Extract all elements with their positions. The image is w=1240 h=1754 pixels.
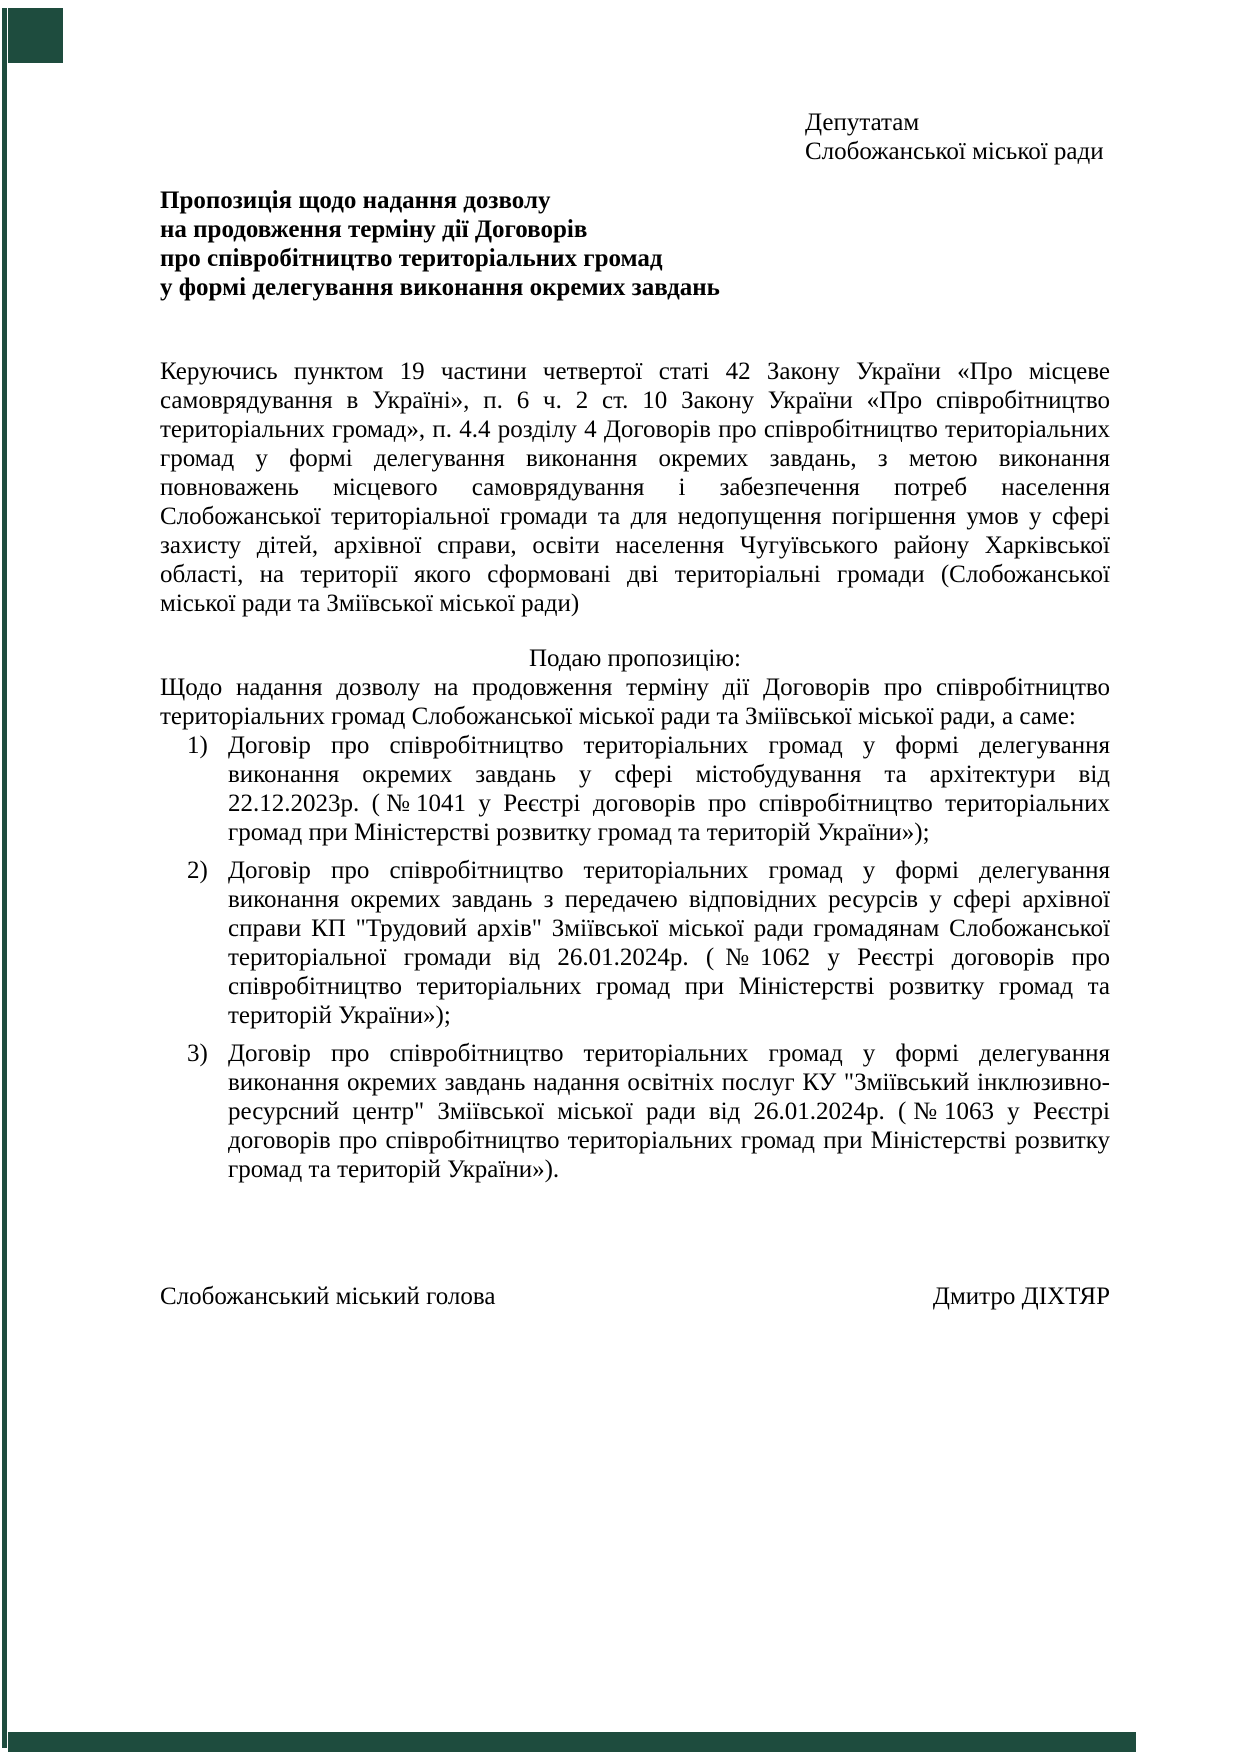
list-item: 3) Договір про співробітництво територіа… (160, 1039, 1110, 1184)
document-page: Депутатам Слобожанської міської ради Про… (0, 0, 1240, 1754)
scan-artifact-top-left (8, 8, 63, 63)
scan-artifact-left-edge (2, 8, 7, 1748)
list-item: 2) Договір про співробітництво територіа… (160, 856, 1110, 1030)
list-item-number: 2) (187, 856, 208, 885)
title-line-3: про співробітництво територіальних грома… (160, 244, 1110, 273)
list-item-number: 1) (187, 731, 208, 760)
proposal-heading: Подаю пропозицію: (160, 644, 1110, 673)
signature-position: Слобожанський міський голова (160, 1282, 495, 1311)
title-line-4: у формі делегування виконання окремих за… (160, 273, 1110, 302)
list-item-text: Договір про співробітництво територіальн… (228, 732, 1110, 846)
title-line-2: на продовження терміну дії Договорів (160, 215, 1110, 244)
title-line-1: Пропозиція щодо надання дозволу (160, 186, 1110, 215)
proposal-paragraph: Щодо надання дозволу на продовження терм… (160, 673, 1110, 731)
recipient-line-1: Депутатам (805, 108, 1110, 137)
list-item-text: Договір про співробітництво територіальн… (228, 857, 1110, 1029)
intro-paragraph: Керуючись пунктом 19 частини четвертої с… (160, 357, 1110, 618)
recipient-line-2: Слобожанської міської ради (805, 137, 1110, 166)
list-item: 1) Договір про співробітництво територіа… (160, 731, 1110, 847)
agreements-list: 1) Договір про співробітництво територіа… (160, 731, 1110, 1184)
signature-row: Слобожанський міський голова Дмитро ДІХТ… (160, 1282, 1110, 1311)
list-item-text: Договір про співробітництво територіальн… (228, 1040, 1110, 1183)
recipient-block: Депутатам Слобожанської міської ради (805, 108, 1110, 166)
scan-artifact-bottom-edge (8, 1732, 1136, 1752)
signature-name: Дмитро ДІХТЯР (933, 1282, 1110, 1311)
document-title: Пропозиція щодо надання дозволу на продо… (160, 186, 1110, 302)
list-item-number: 3) (187, 1039, 208, 1068)
